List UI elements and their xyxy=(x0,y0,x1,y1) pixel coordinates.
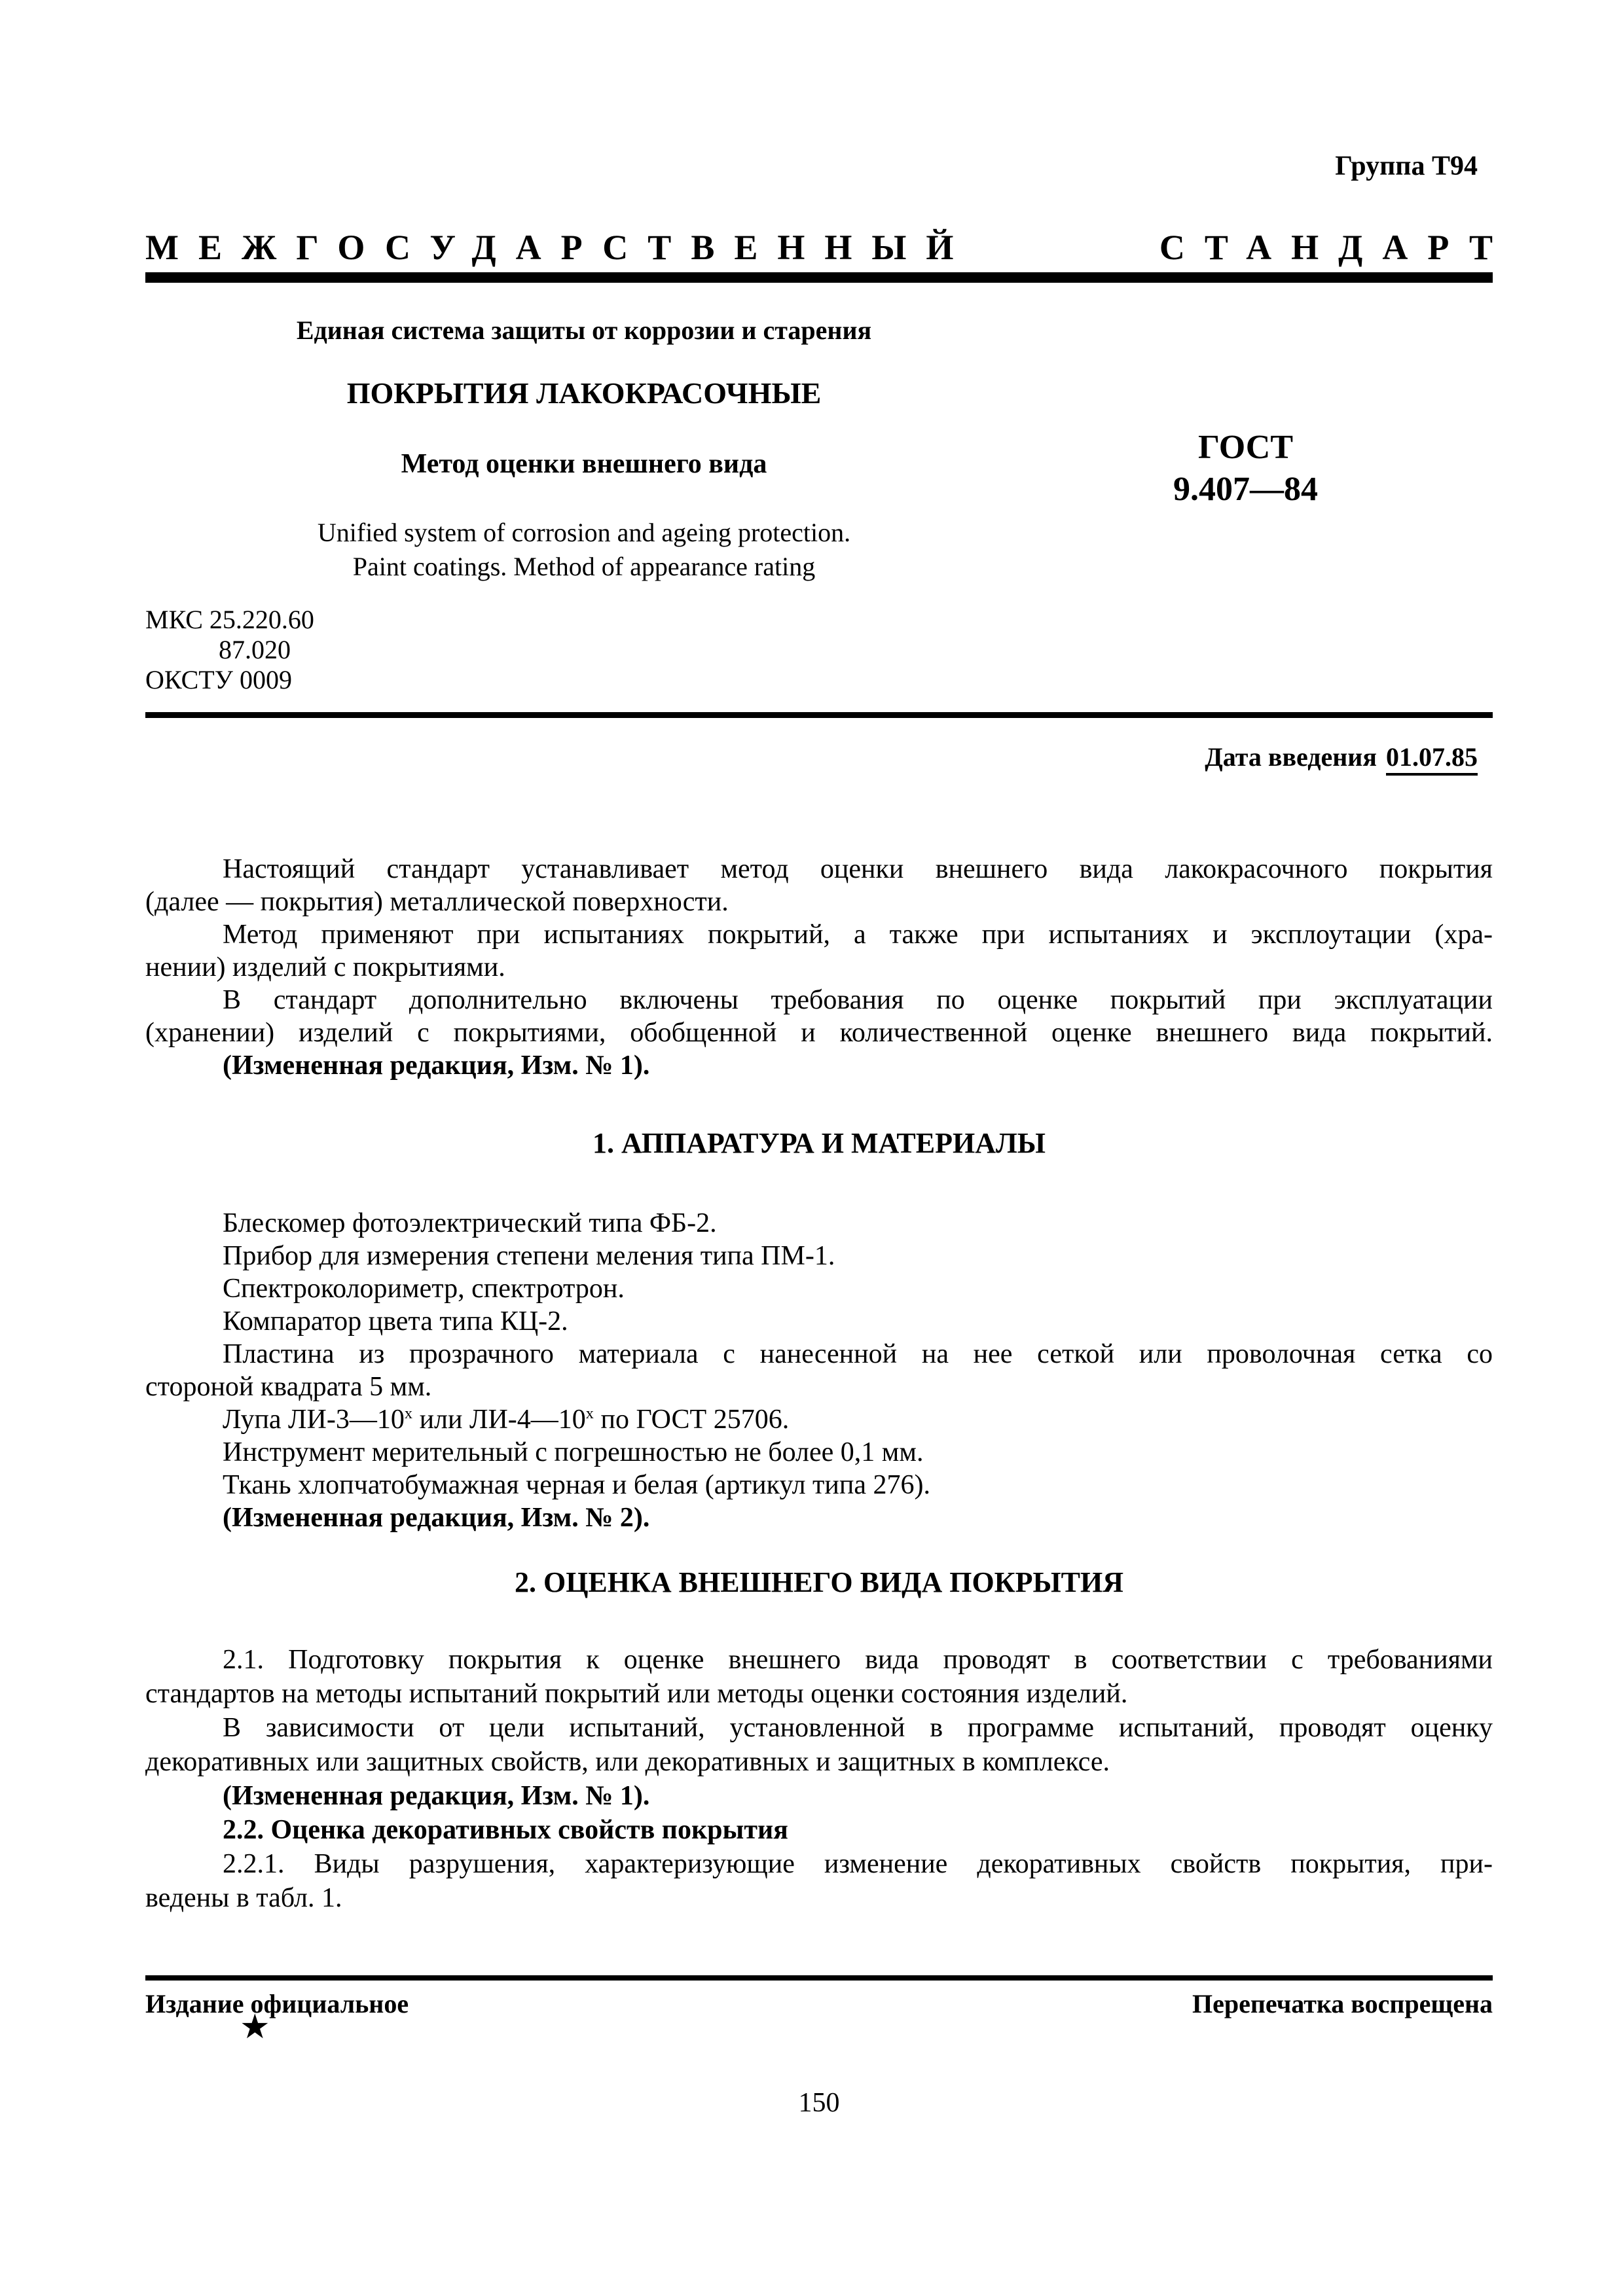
text-line: 2. ОЦЕНКА ВНЕШНЕГО ВИДА ПОКРЫТИЯ xyxy=(145,1566,1493,1599)
star-icon: ★ xyxy=(240,2011,270,2045)
line-text: 2. ОЦЕНКА ВНЕШНЕГО ВИДА ПОКРЫТИЯ xyxy=(515,1566,1123,1598)
standard-header-word-2: СТАНДАРТ xyxy=(1159,228,1512,267)
line-text: Настоящий стандарт устанавливает метод о… xyxy=(223,854,1493,884)
line-text: стороной квадрата 5 мм. xyxy=(145,1372,431,1402)
line-text: 2.2.1. Виды разрушения, характеризующие … xyxy=(223,1849,1493,1879)
text-line: (Измененная редакция, Изм. № 1). xyxy=(145,1049,1493,1082)
line-text: 2.2. Оценка декоративных свойств покрыти… xyxy=(223,1815,788,1845)
text-line: стандартов на методы испытаний покрытий … xyxy=(145,1677,1493,1711)
classification-codes: МКС 25.220.60 87.020 ОКСТУ 0009 xyxy=(145,605,735,695)
superscript-magnification: х xyxy=(405,1405,412,1422)
text-line: ведены в табл. 1. xyxy=(145,1881,1493,1915)
line-text: 2.1. Подготовку покрытия к оценке внешне… xyxy=(223,1645,1493,1675)
line-text: Компаратор цвета типа КЦ-2. xyxy=(223,1306,568,1336)
reprint-prohibited-label: Перепечатка воспрещена xyxy=(1192,1989,1493,2019)
line-text: декоративных или защитных свойств, или д… xyxy=(145,1747,1110,1777)
line-text: Спектроколориметр, спектротрон. xyxy=(223,1274,625,1304)
line-text: 1. АППАРАТУРА И МАТЕРИАЛЫ xyxy=(593,1127,1046,1159)
text-line: Спектроколориметр, спектротрон. xyxy=(145,1272,1493,1305)
text-line: В зависимости от цели испытаний, установ… xyxy=(145,1711,1493,1745)
text-line: Ткань хлопчатобумажная черная и белая (а… xyxy=(145,1469,1493,1501)
line-text: Прибор для измерения степени меления тип… xyxy=(223,1241,835,1271)
text-line: (хранении) изделий с покрытиями, обобщен… xyxy=(145,1016,1493,1049)
text-line: Прибор для измерения степени меления тип… xyxy=(145,1240,1493,1272)
text-line: стороной квадрата 5 мм. xyxy=(145,1371,1493,1403)
footer-rule xyxy=(145,1975,1493,1981)
line-text: Инструмент мерительный с погрешностью не… xyxy=(223,1437,923,1467)
line-text: (хранении) изделий с покрытиями, обобщен… xyxy=(145,1018,1493,1048)
line-part: или ЛИ-4—10 xyxy=(412,1405,586,1435)
line-text: Ткань хлопчатобумажная черная и белая (а… xyxy=(223,1470,930,1500)
effective-date-label: Дата введения xyxy=(1205,742,1377,772)
line-text: В зависимости от цели испытаний, установ… xyxy=(223,1713,1493,1743)
text-line: нении) изделий с покрытиями. xyxy=(145,951,1493,984)
footer: Издание официальное Перепечатка воспреще… xyxy=(145,1989,1493,2019)
section-divider-rule xyxy=(145,712,1493,718)
text-line: 2.2. Оценка декоративных свойств покрыти… xyxy=(145,1813,1493,1847)
text-line: 2.2.1. Виды разрушения, характеризующие … xyxy=(145,1847,1493,1881)
line-text: стандартов на методы испытаний покрытий … xyxy=(145,1679,1127,1709)
document-title-en-line2: Paint coatings. Method of appearance rat… xyxy=(145,552,1023,582)
line-part: Лупа ЛИ-3—10 xyxy=(223,1405,405,1435)
superscript-magnification: х xyxy=(586,1405,594,1422)
text-line: 1. АППАРАТУРА И МАТЕРИАЛЫ xyxy=(145,1127,1493,1160)
text-line: В стандарт дополнительно включены требов… xyxy=(145,984,1493,1016)
effective-date: Дата введения01.07.85 xyxy=(145,742,1478,772)
line-text: Метод применяют при испытаниях покрытий,… xyxy=(223,920,1493,950)
line-text: (Измененная редакция, Изм. № 2). xyxy=(223,1503,649,1533)
mks-code: МКС 25.220.60 xyxy=(145,605,735,635)
text-line: Компаратор цвета типа КЦ-2. xyxy=(145,1305,1493,1338)
text-line: Лупа ЛИ-3—10х или ЛИ-4—10х по ГОСТ 25706… xyxy=(145,1403,1493,1436)
standard-header-word-1: МЕЖГОСУДАРСТВЕННЫЙ xyxy=(145,228,973,267)
header-rule xyxy=(145,272,1493,283)
mks-code-2: 87.020 xyxy=(145,635,735,665)
group-label: Группа Т94 xyxy=(145,151,1478,182)
standard-header-title: МЕЖГОСУДАРСТВЕННЫЙСТАНДАРТ xyxy=(145,228,1493,267)
text-line: (Измененная редакция, Изм. № 2). xyxy=(145,1501,1493,1534)
line-text: Блескомер фотоэлектрический типа ФБ-2. xyxy=(223,1208,717,1238)
document-subtitle-ru: Метод оценки внешнего вида xyxy=(145,448,1023,480)
line-text: Пластина из прозрачного материала с нане… xyxy=(223,1339,1493,1369)
text-line: Блескомер фотоэлектрический типа ФБ-2. xyxy=(145,1207,1493,1240)
text-line: (далее — покрытия) металлической поверхн… xyxy=(145,886,1493,918)
line-text: нении) изделий с покрытиями. xyxy=(145,952,505,982)
document-body: Настоящий стандарт устанавливает метод о… xyxy=(145,853,1493,1915)
text-line: Инструмент мерительный с погрешностью не… xyxy=(145,1436,1493,1469)
gost-designation-number: 9.407—84 xyxy=(1012,469,1480,511)
official-edition-label: Издание официальное xyxy=(145,1989,409,2019)
text-line: Пластина из прозрачного материала с нане… xyxy=(145,1338,1493,1371)
document-page: Группа Т94 МЕЖГОСУДАРСТВЕННЫЙСТАНДАРТ Ед… xyxy=(0,0,1623,2296)
line-text: ведены в табл. 1. xyxy=(145,1883,342,1913)
okstu-code: ОКСТУ 0009 xyxy=(145,665,735,695)
ess-system-title: Единая система защиты от коррозии и стар… xyxy=(145,315,1023,346)
text-line: Настоящий стандарт устанавливает метод о… xyxy=(145,853,1493,886)
document-title-en-line1: Unified system of corrosion and ageing p… xyxy=(145,518,1023,548)
text-line: (Измененная редакция, Изм. № 1). xyxy=(145,1779,1493,1813)
line-text: (Измененная редакция, Изм. № 1). xyxy=(223,1050,649,1081)
gost-designation-word: ГОСТ xyxy=(1012,427,1480,469)
gost-designation: ГОСТ 9.407—84 xyxy=(1012,427,1480,511)
effective-date-value: 01.07.85 xyxy=(1386,742,1478,776)
line-text: В стандарт дополнительно включены требов… xyxy=(223,985,1493,1015)
document-title-ru: ПОКРЫТИЯ ЛАКОКРАСОЧНЫЕ xyxy=(145,376,1023,410)
line-text: (далее — покрытия) металлической поверхн… xyxy=(145,887,729,917)
line-part: по ГОСТ 25706. xyxy=(594,1405,789,1435)
line-text: (Измененная редакция, Изм. № 1). xyxy=(223,1781,649,1811)
text-line: Метод применяют при испытаниях покрытий,… xyxy=(145,918,1493,951)
text-line: 2.1. Подготовку покрытия к оценке внешне… xyxy=(145,1643,1493,1677)
page-number: 150 xyxy=(145,2087,1493,2119)
text-line: декоративных или защитных свойств, или д… xyxy=(145,1745,1493,1779)
